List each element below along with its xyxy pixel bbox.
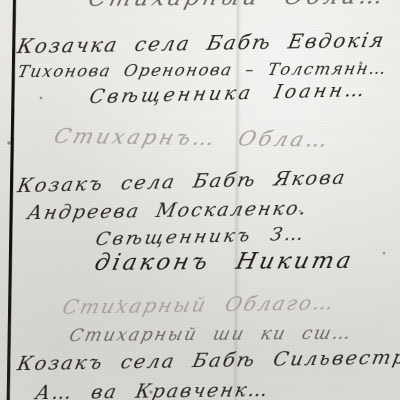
document-scan-page: Стихарный Обли… Козачка села Бабѣ Евдокі… [0, 0, 400, 400]
handwritten-line: Козакъ села Бабѣ Якова [16, 165, 349, 197]
handwritten-line: Козакъ села Бабѣ Сильвестръ [16, 345, 400, 375]
handwritten-line: Андреева Москаленко. [26, 197, 310, 224]
handwritten-line: діаконъ Никита [92, 248, 356, 276]
margin-rule-line [7, 0, 16, 400]
handwritten-line: Козачка села Бабѣ Евдокія [15, 28, 387, 58]
handwritten-line: А… ва Кравченк… [34, 379, 272, 400]
handwritten-line: Тихонова Оренонова – Толстянн… [16, 59, 389, 81]
handwritten-line: Стихарнъ… Обла… [51, 124, 333, 152]
handwritten-line: Стихарный Обли… [86, 0, 389, 12]
handwritten-line: Стихарный ши ки сш… [67, 324, 354, 346]
handwritten-line: Свѣщенникъ З… [94, 224, 308, 250]
handwritten-line: Стихарный Облаго… [60, 290, 339, 319]
handwritten-line: Свѣщенника Іоанн… [87, 79, 369, 108]
scan-noise-specks [0, 0, 2, 2]
